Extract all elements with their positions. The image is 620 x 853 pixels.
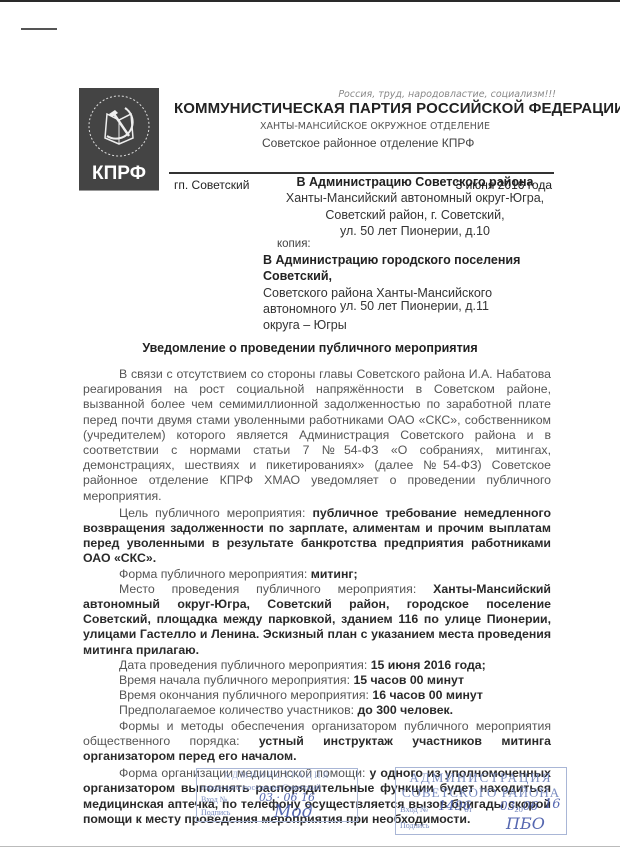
end-value: 16 часов 00 минут <box>372 688 483 702</box>
date-label: Дата проведения публичного мероприятия: <box>119 658 367 672</box>
organization-branch: Советское районное отделение КПРФ <box>262 136 474 150</box>
start-paragraph: Время начала публичного мероприятия: 15 … <box>83 673 551 688</box>
copy-recipient-line: округа – Югры <box>263 317 563 333</box>
start-value: 15 часов 00 минут <box>353 673 464 687</box>
intro-paragraph: В связи с отсутствием со стороны главы С… <box>83 367 551 504</box>
form-label: Форма публичного мероприятия: <box>119 567 307 581</box>
document-title: Уведомление о проведении публичного меро… <box>0 341 620 355</box>
recipient-line: Советский район, г. Советский, <box>280 207 550 223</box>
recipient-block: В Администрацию Советского района Ханты-… <box>280 174 550 239</box>
scan-mark <box>21 28 57 30</box>
organization-subtitle: ХАНТЫ-МАНСИЙСКОЕ ОКРУЖНОЕ ОТДЕЛЕНИЕ <box>260 121 490 132</box>
stamp-entry-date: 03. 06 <box>500 799 538 813</box>
recipient-name: В Администрацию Советского района <box>280 174 550 190</box>
city: гп. Советский <box>174 178 249 192</box>
city-admin-stamp: АДМИНИСТРАЦИЯ городского поселения Совет… <box>196 768 358 822</box>
copy-recipient-street: ул. 50 лет Пионерии, д.11 <box>340 299 489 313</box>
stamp-head: АДМИНИСТРАЦИЯ <box>197 770 357 780</box>
end-paragraph: Время окончания публичного мероприятия: … <box>83 688 551 703</box>
stamp-sign-label: Подпись <box>201 808 230 817</box>
order-paragraph: Формы и методы обеспечения организатором… <box>83 719 551 765</box>
hammer-sickle-book-icon <box>85 92 153 162</box>
kprf-logo: КПРФ <box>79 88 159 190</box>
scan-bottom-edge <box>0 846 620 847</box>
start-label: Время начала публичного мероприятия: <box>119 673 350 687</box>
copy-label: копия: <box>277 238 311 250</box>
stamp-signature: ПБО <box>506 814 545 833</box>
form-paragraph: Форма публичного мероприятия: митинг; <box>83 567 551 582</box>
count-paragraph: Предполагаемое количество участников: до… <box>83 703 551 718</box>
copy-recipient-name: В Администрацию городского поселения Сов… <box>263 252 563 285</box>
district-admin-stamp: АДМИНИСТРАЦИЯ СОВЕТСКОГО РАЙОНА Вход № о… <box>395 767 567 835</box>
form-value: митинг; <box>311 567 358 581</box>
copy-recipient-block: В Администрацию городского поселения Сов… <box>263 252 563 333</box>
recipient-line: Ханты-Мансийский автономный округ-Югра, <box>280 190 550 206</box>
end-label: Время окончания публичного мероприятия: <box>119 688 369 702</box>
stamp-sign-label: Подпись <box>400 821 429 830</box>
scan-top-edge <box>0 0 620 2</box>
stamp-year-suffix: 16 <box>544 797 561 812</box>
organization-title: КОММУНИСТИЧЕСКАЯ ПАРТИЯ РОССИЙСКОЙ ФЕДЕР… <box>174 100 620 117</box>
count-label: Предполагаемое количество участников: <box>119 703 354 717</box>
date-value: 15 июня 2016 года; <box>371 658 486 672</box>
stamp-signature: Мод <box>274 802 312 822</box>
place-paragraph: Место проведения публичного мероприятия:… <box>83 582 551 658</box>
stamp-head: АДМИНИСТРАЦИЯ <box>396 770 566 786</box>
goal-label: Цель публичного мероприятия: <box>119 506 305 520</box>
date-paragraph: Дата проведения публичного мероприятия: … <box>83 658 551 673</box>
goal-paragraph: Цель публичного мероприятия: публичное т… <box>83 506 551 567</box>
party-motto: Россия, труд, народовластие, социализм!!… <box>338 89 556 100</box>
count-value: до 300 человек. <box>357 703 453 717</box>
stamp-entry-label: Вход № <box>201 795 227 804</box>
stamp-entry-label: Вход № <box>400 804 428 814</box>
recipient-line: ул. 50 лет Пионерии, д.10 <box>280 223 550 239</box>
document-body: В связи с отсутствием со стороны главы С… <box>83 367 551 827</box>
stamp-head-2: СОВЕТСКОГО РАЙОНА <box>396 785 566 801</box>
logo-text: КПРФ <box>79 163 159 185</box>
place-label: Место проведения публичного мероприятия: <box>119 582 416 596</box>
stamp-entry-number: 1496 <box>438 799 471 814</box>
